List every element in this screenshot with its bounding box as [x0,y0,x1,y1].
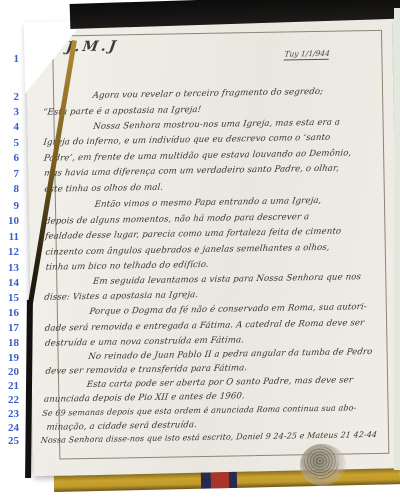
line-number: 6 [2,153,19,164]
line-number: 9 [2,201,19,212]
cover-navy-stripe [201,472,211,488]
line-number: 5 [2,138,19,149]
line-number: 4 [2,122,19,133]
cover-red-stripe [211,472,229,488]
date-note: Tuy 1/1/944 [284,49,331,61]
book-spine-dark-edge [25,300,33,478]
line-number: 21 [2,381,19,392]
cover-navy-stripe [229,472,237,488]
line-number: 1 [2,54,19,65]
line-number: 24 [2,423,19,434]
line-number: 12 [2,247,19,258]
paper-corner-wedge [24,21,85,94]
photo-right-edge [394,8,400,470]
line-number: 14 [2,278,19,289]
line-number: 15 [2,293,19,304]
ink-stain-texture [302,445,340,481]
line-number: 23 [2,409,19,420]
line-number: 3 [2,107,19,118]
manuscript-paper: J.M.J Tuy 1/1/944 Agora vou revelar o te… [26,18,400,476]
manuscript-line: este tinha os olhos do mal. [44,183,164,195]
line-number: 19 [2,353,19,364]
line-number: 8 [2,184,19,195]
photographed-manuscript-page: J.M.J Tuy 1/1/944 Agora vou revelar o te… [0,0,400,500]
line-number: 7 [2,169,19,180]
line-number: 13 [2,263,19,274]
line-number: 20 [2,367,19,378]
line-number: 10 [2,216,19,227]
line-number: 11 [2,232,19,243]
line-number: 22 [2,395,19,406]
line-number: 17 [2,323,19,334]
line-number: 2 [2,92,19,103]
line-number: 18 [2,338,19,349]
line-number: 25 [2,436,19,447]
line-number: 16 [2,308,19,319]
